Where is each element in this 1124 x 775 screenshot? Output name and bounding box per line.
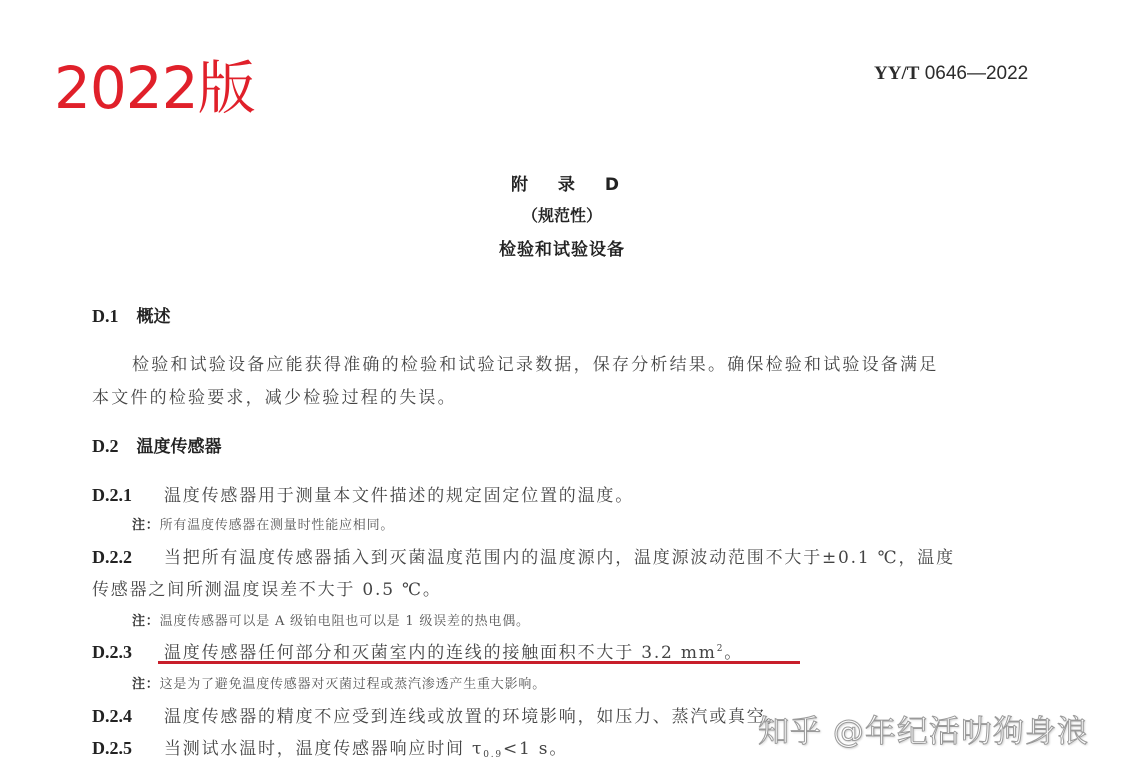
edition-label: 2022版 [54, 52, 255, 124]
d1-paragraph-line-1: 检验和试验设备应能获得准确的检验和试验记录数据，保存分析结果。确保检验和试验设备… [132, 350, 938, 375]
note-label: 注： [132, 614, 160, 629]
clause-d2-1: D.2.1温度传感器用于测量本文件描述的规定固定位置的温度。 [92, 481, 634, 506]
note-text: 温度传感器可以是 A 级铂电阻也可以是 1 级误差的热电偶。 [160, 614, 530, 629]
clause-d2-3: D.2.3温度传感器任何部分和灭菌室内的连线的接触面积不大于 3.2 mm2。 [92, 638, 743, 663]
note-label: 注： [132, 677, 160, 692]
note-d2-1: 注：所有温度传感器在测量时性能应相同。 [132, 514, 394, 533]
appendix-name: 检验和试验设备 [0, 235, 1124, 260]
clause-text-line-1: 当把所有温度传感器插入到灭菌温度范围内的温度源内，温度源波动范围不大于±0.1 … [164, 548, 955, 568]
section-number: D.2 [92, 436, 119, 456]
section-heading-d2: D.2温度传感器 [92, 432, 222, 457]
clause-d2-5: D.2.5当测试水温时，温度传感器响应时间 τ0.9<1 s。 [92, 734, 568, 760]
clause-number: D.2.3 [92, 642, 150, 663]
clause-number: D.2.1 [92, 485, 150, 506]
clause-d2-4: D.2.4温度传感器的精度不应受到连线或放置的环境影响，如压力、蒸汽或真空。 [92, 702, 784, 727]
clause-text: 温度传感器任何部分和灭菌室内的连线的接触面积不大于 3.2 mm2。 [164, 643, 743, 663]
clause-d2-2-continued: 传感器之间所测温度误差不大于 0.5 ℃。 [92, 575, 442, 600]
standard-number: YY/T 0646—2022 [874, 62, 1028, 86]
clause-text-end: 。 [724, 643, 743, 663]
d1-paragraph-line-2: 本文件的检验要求，减少检验过程的失误。 [92, 383, 457, 408]
clause-text-main: 温度传感器任何部分和灭菌室内的连线的接触面积不大于 3.2 mm [164, 643, 717, 663]
standard-code: 0646—2022 [925, 63, 1029, 84]
section-heading-d1: D.1概述 [92, 302, 171, 327]
clause-text-before: 当测试水温时，温度传感器响应时间 τ [164, 739, 483, 759]
appendix-title: 附 录 D [0, 170, 1124, 195]
standard-prefix: YY/T [874, 63, 919, 84]
note-text: 这是为了避免温度传感器对灭菌过程或蒸汽渗透产生重大影响。 [160, 677, 546, 692]
note-text: 所有温度传感器在测量时性能应相同。 [160, 518, 395, 533]
clause-text: 温度传感器用于测量本文件描述的规定固定位置的温度。 [164, 486, 634, 506]
clause-text: 温度传感器的精度不应受到连线或放置的环境影响，如压力、蒸汽或真空。 [164, 707, 784, 727]
clause-number: D.2.5 [92, 738, 150, 759]
clause-text: 当测试水温时，温度传感器响应时间 τ0.9<1 s。 [164, 739, 568, 759]
clause-d2-2: D.2.2当把所有温度传感器插入到灭菌温度范围内的温度源内，温度源波动范围不大于… [92, 543, 955, 568]
clause-text-after: <1 s。 [503, 739, 568, 759]
appendix-type: （规范性） [0, 203, 1124, 226]
zhihu-watermark: 知乎 @年纪活叻狗身浪 [758, 706, 1089, 751]
tau-subscript: 0.9 [483, 750, 503, 760]
section-title: 温度传感器 [137, 437, 222, 457]
section-title: 概述 [137, 307, 171, 327]
note-label: 注： [132, 518, 160, 533]
clause-text-line-2: 传感器之间所测温度误差不大于 0.5 ℃。 [92, 580, 442, 600]
clause-number: D.2.4 [92, 706, 150, 727]
red-highlight-underline [158, 661, 800, 664]
clause-number: D.2.2 [92, 547, 150, 568]
note-d2-2: 注：温度传感器可以是 A 级铂电阻也可以是 1 级误差的热电偶。 [132, 610, 530, 629]
section-number: D.1 [92, 306, 119, 326]
note-d2-3: 注：这是为了避免温度传感器对灭菌过程或蒸汽渗透产生重大影响。 [132, 673, 546, 692]
